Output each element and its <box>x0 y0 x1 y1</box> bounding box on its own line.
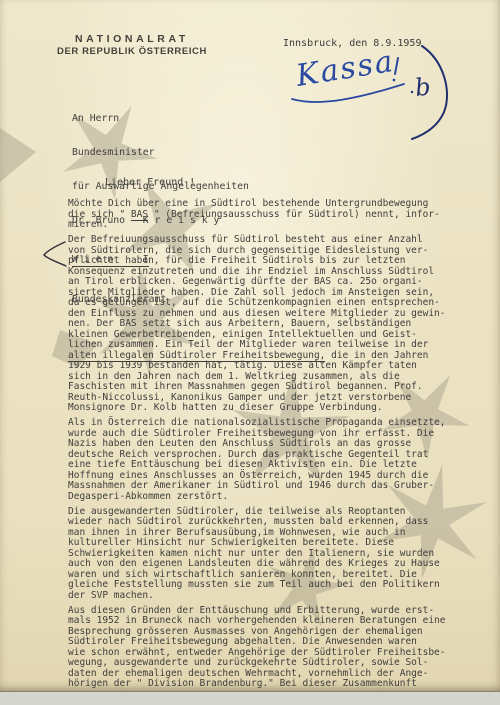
text-segment: " (Befreiungsausschuss für Südtirol) nen… <box>148 209 440 220</box>
text-segment: wurde auch die Südtiroler Freiheitsbeweg… <box>68 428 434 439</box>
text-segment: Schwierigkeiten kamen nicht nur unter de… <box>68 548 434 559</box>
text-segment: wie schon erwähnt, entweder Angehörige d… <box>68 647 446 658</box>
text-segment: Südtiroler Freiheitsbewegung abgehalten.… <box>68 636 417 647</box>
text-segment: Möchte Dich über eine in Südtirol besteh… <box>68 198 428 209</box>
text-segment: die in den Jahren <box>325 350 428 361</box>
handwritten-underline-icon <box>292 84 404 102</box>
body-line: Monsignore Dr. Kolb hatten zu dieser Gru… <box>68 403 468 414</box>
underlined-text: BAS <box>131 209 148 221</box>
margin-chevron-mark-icon <box>44 242 66 266</box>
letterhead: NATIONALRAT DER REPUBLIK ÖSTERREICH <box>57 33 207 57</box>
text-segment: daten der ehemaligen deutschen Wehrmacht… <box>68 668 428 679</box>
text-segment: deutsche Reich versprochen. Durch das pr… <box>68 449 428 460</box>
body-paragraph: Als in Österreich die nationalsozialisti… <box>68 418 468 502</box>
text-segment: sierte Mitglieder haben. Die Zahl soll j… <box>68 287 434 298</box>
text-segment: 1929 bis 1939 bestanden hat, tätig. Dies… <box>68 360 417 371</box>
letter-body: Möchte Dich über eine in Südtirol besteh… <box>68 199 468 690</box>
salutation: Lieber Freund ! <box>105 177 195 188</box>
text-segment: wieder nach Südtirol zurückkehrten, muss… <box>68 516 428 527</box>
text-segment: Aus diesen Gründen der Enttäuschung und … <box>68 605 434 616</box>
text-segment: wegung, ausgewanderte und zurückgekehrte… <box>68 657 428 668</box>
body-line: Degasperi-Abkommen zerstört. <box>68 492 468 503</box>
body-line: die sich " BAS " (Befreiungsausschuss fü… <box>68 210 468 221</box>
text-segment: Degasperi-Abkommen zerstört. <box>68 491 228 502</box>
letterhead-org-line1: NATIONALRAT <box>75 33 207 45</box>
text-segment: Massnahmen der Amerikaner in Südtirol un… <box>68 480 434 491</box>
text-segment: eine tiefe Enttäuschung bei diesen Aktiv… <box>68 459 417 470</box>
text-segment: hörigen der " Division Brandenburg." Bei… <box>68 678 417 689</box>
letter-scan-root: { "scan": { "paper_color": "#ece3c4", "w… <box>0 0 500 705</box>
text-segment: man ihnen in ihrer Berufsausübung,im Woh… <box>68 527 405 538</box>
body-line: hörigen der " Division Brandenburg." Bei… <box>68 679 468 690</box>
body-line: der SVP machen. <box>68 591 468 602</box>
dateline: Innsbruck, den 8.9.1959 <box>283 38 421 49</box>
text-segment: auch von den eigenen Landsleuten die wäh… <box>68 558 440 569</box>
text-segment: kleinen Gewerbetreibenden, einigen Intel… <box>68 329 417 340</box>
text-segment: den Einfluss zu nehmen und aus diesen we… <box>68 308 446 319</box>
text-segment: Besprechung grösseren Ausmasses von Ange… <box>68 626 423 637</box>
handwritten-exclamation-icon <box>395 58 398 74</box>
watermark-shape-icon <box>0 128 36 182</box>
text-segment: kultureller Hinsicht nur Schwierigkeiten… <box>68 537 394 548</box>
text-segment: Reuth-Niccolussi, Kanonikus Gamper und d… <box>68 392 411 403</box>
text-segment: gleiche Feststellung mussten sie zum Tei… <box>68 579 440 590</box>
letterhead-org-line2: DER REPUBLIK ÖSTERREICH <box>57 46 207 57</box>
recipient-line: An Herrn <box>72 113 249 124</box>
text-segment: Die ausgewanderten Südtiroler, die teilw… <box>68 506 405 517</box>
text-segment: lichen zusammen. Ein Teil der Mitglieder… <box>68 339 428 350</box>
recipient-line: Bundesminister <box>72 147 249 158</box>
handwritten-initial-text: b <box>414 73 432 102</box>
text-segment: an Tirol erblicken. Gegenwärtig dürfte d… <box>68 276 423 287</box>
letter-page: NATIONALRAT DER REPUBLIK ÖSTERREICH Inns… <box>0 0 500 692</box>
text-segment: von Südtirolern, die sich durch gegensei… <box>68 245 428 256</box>
text-segment: Konsequenz einzutreten und die ihr Endzi… <box>68 266 434 277</box>
text-segment: waren und sich wirtschaftlich sanieren k… <box>68 569 417 580</box>
text-segment: die sich " <box>68 209 131 220</box>
text-segment: Monsignore Dr. Kolb hatten zu dieser Gru… <box>68 402 383 413</box>
text-segment: Hoffnung eines Anschlusses an Österreich… <box>68 470 428 481</box>
text-segment: pflichtet haben, für die Freiheit Südtir… <box>68 255 405 266</box>
handwritten-paren-mark-icon <box>412 46 447 139</box>
handwritten-initial-dot-icon <box>411 91 413 93</box>
body-paragraph: Möchte Dich über eine in Südtirol besteh… <box>68 199 468 231</box>
text-segment: sich in den Jahren nach dem 1. Weltkrieg… <box>68 371 400 382</box>
text-segment: der SVP machen. <box>68 590 154 601</box>
handwritten-exclamation-dot-icon <box>393 79 396 82</box>
text-segment: nen. Der BAS setzt sich aus Arbeitern, B… <box>68 318 411 329</box>
text-segment: mals 1952 in Bruneck nach vorhergehenden… <box>68 615 446 626</box>
text-segment: Der Befreiuungsausschuss für Südtirol be… <box>68 234 423 245</box>
text-segment: Nazis haben den Leuten den Anschluss Süd… <box>68 438 411 449</box>
text-segment: Faschisten mit ihren Massnahmen gegen Sü… <box>68 381 423 392</box>
body-paragraph: Aus diesen Gründen der Enttäuschung und … <box>68 606 468 690</box>
text-segment: mieren. <box>68 219 108 230</box>
text-segment: da es gelungen ist, auf die Schützenkomp… <box>68 297 440 308</box>
body-paragraph: Die ausgewanderten Südtiroler, die teilw… <box>68 507 468 602</box>
text-segment: Als in Österreich die nationalsozialisti… <box>68 417 446 428</box>
body-line: mieren. <box>68 220 468 231</box>
body-paragraph: Der Befreiuungsausschuss für Südtirol be… <box>68 235 468 414</box>
handwritten-note-text: Kassa <box>293 44 397 94</box>
